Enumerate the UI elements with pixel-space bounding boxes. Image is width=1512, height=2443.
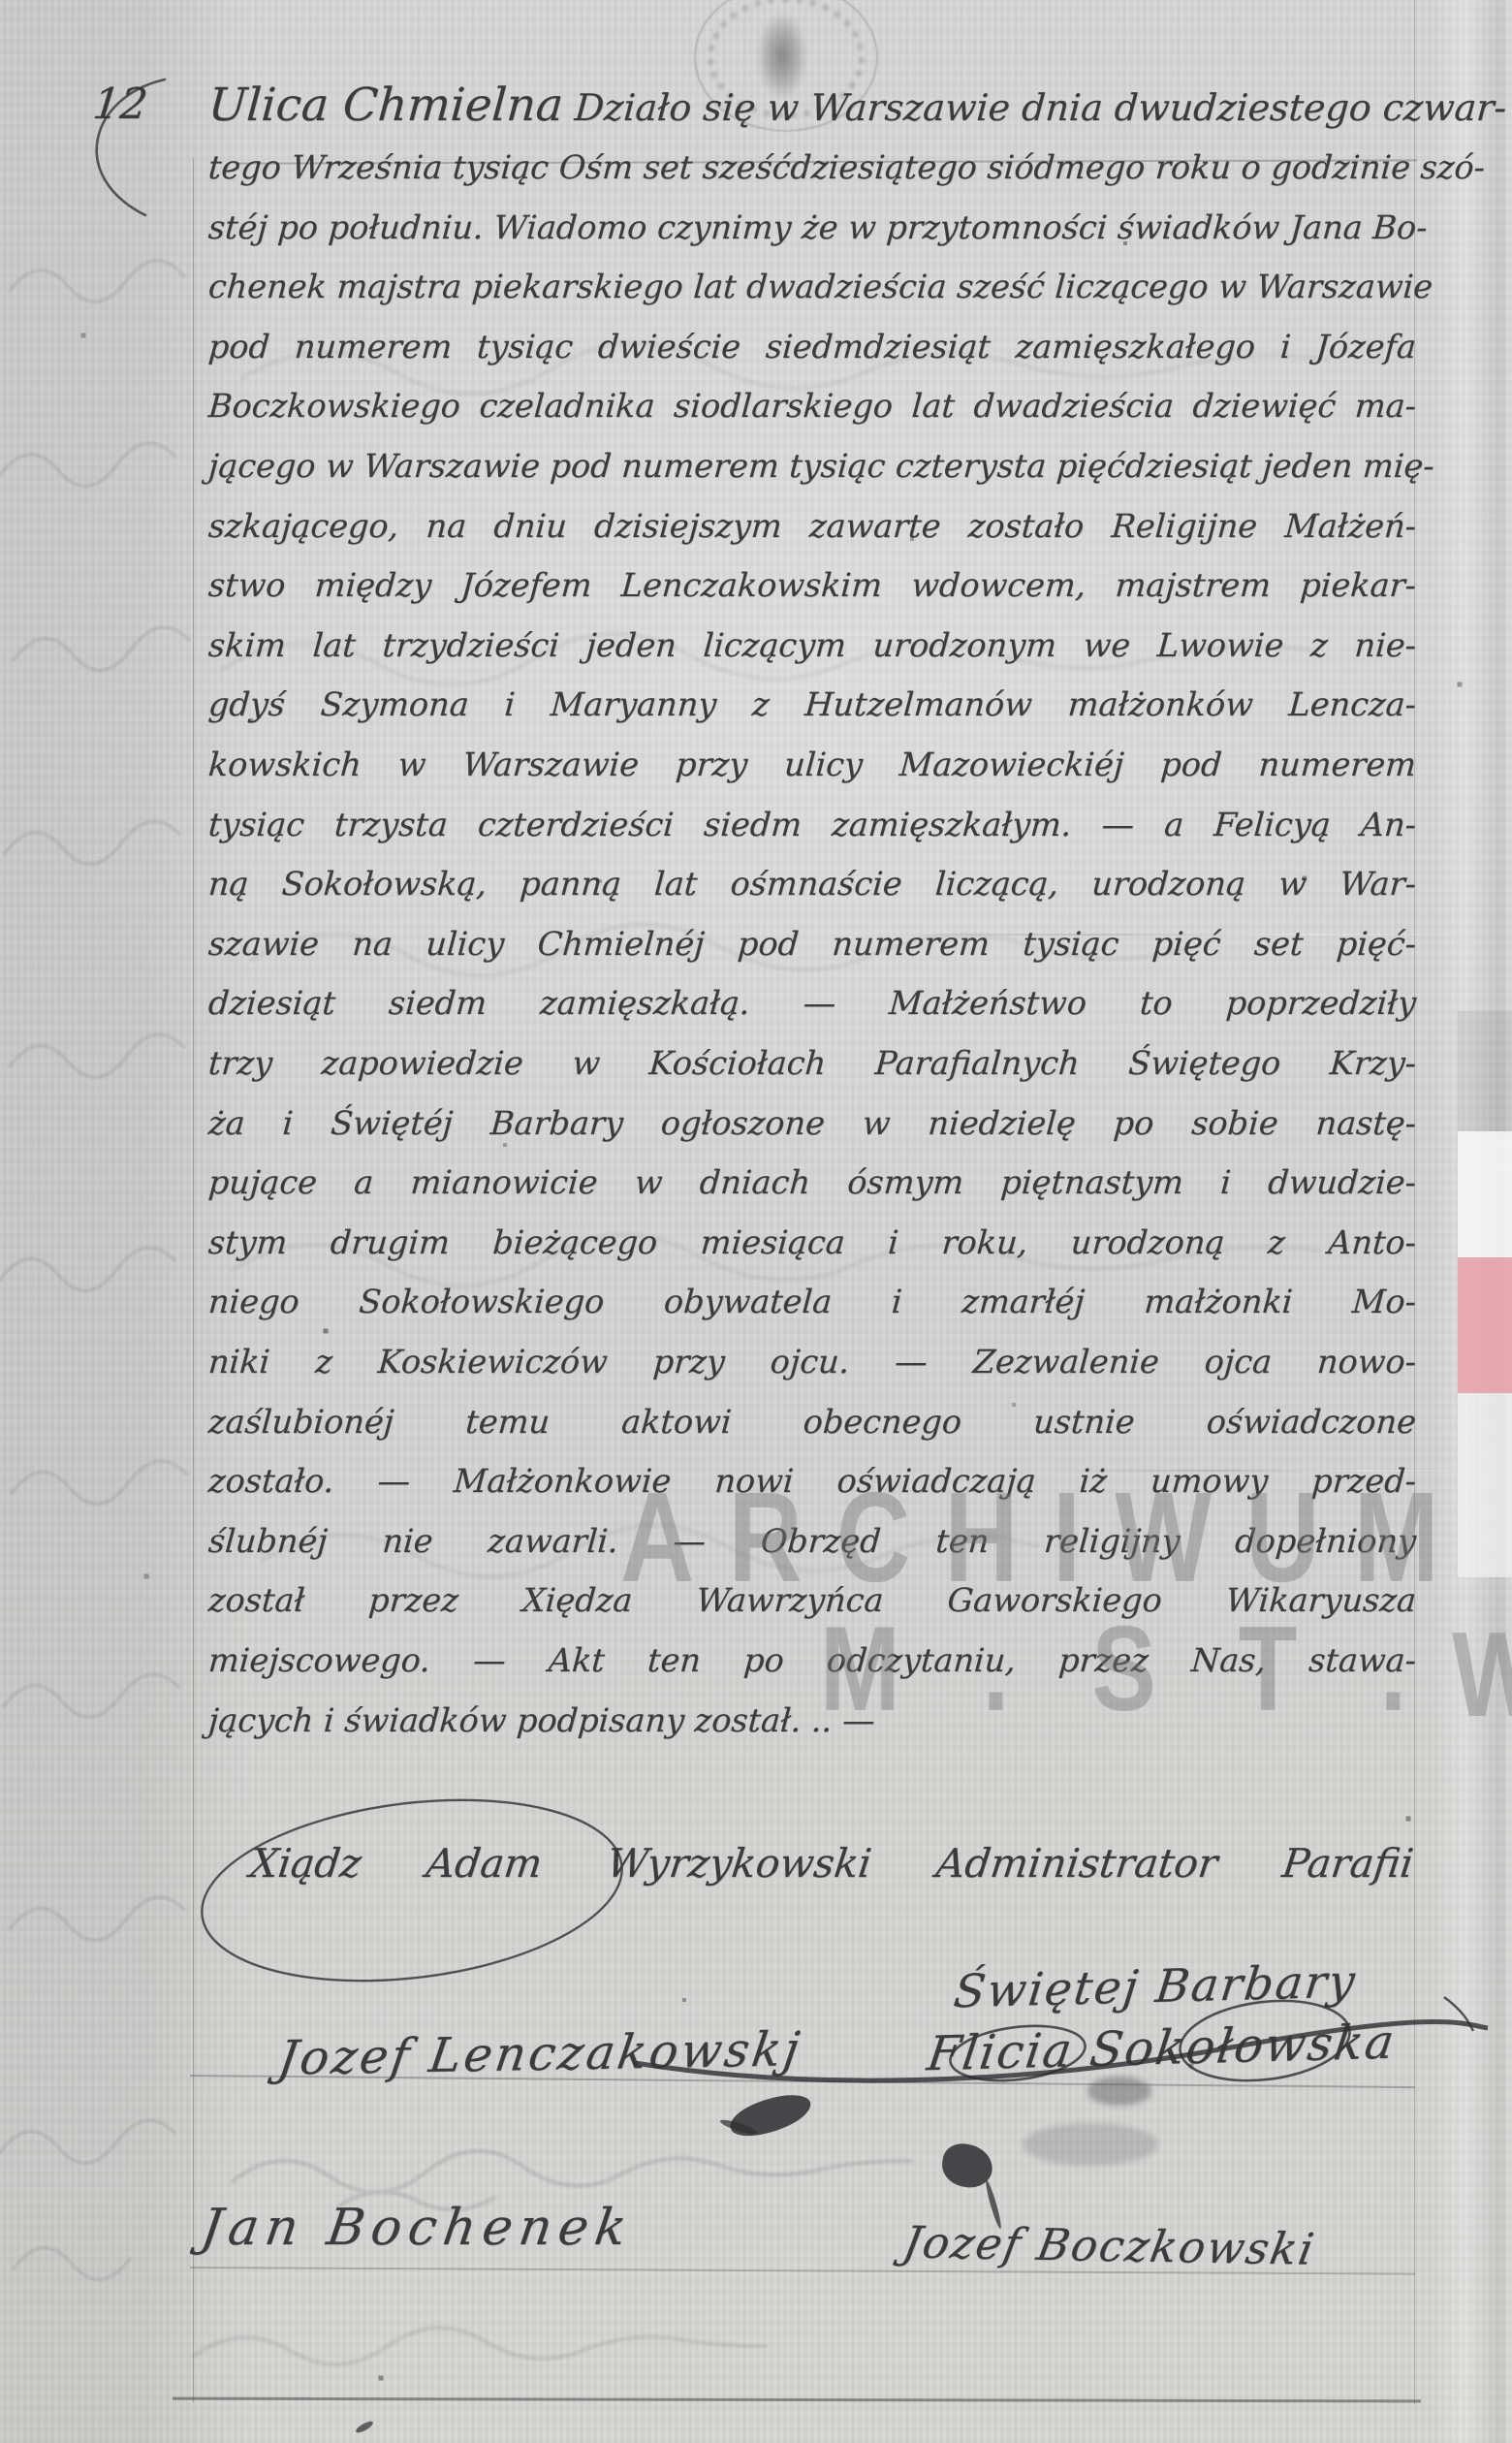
body-line: szawie na ulicy Chmielnéj pod numerem ty… xyxy=(206,914,1418,974)
body-line: chenek majstra piekarskiego lat dwadzieś… xyxy=(206,257,1418,317)
body-line: kowskich w Warszawie przy ulicy Mazowiec… xyxy=(206,735,1418,795)
body-line: ną Sokołowską, panną lat ośmnaście liczą… xyxy=(206,854,1418,914)
officiant-signature: Xiądz Adam Wyrzykowski Administrator Par… xyxy=(247,1840,1416,1887)
body-line: niki z Koskiewiczów przy ojcu. — Zezwale… xyxy=(206,1332,1418,1392)
bottom-frame-line xyxy=(173,2397,1421,2402)
body-line: szkającego, na dniu dzisiejszym zawarte … xyxy=(206,496,1418,556)
body-line: trzy zapowiedzie w Kościołach Parafialny… xyxy=(206,1033,1418,1094)
body-line: stwo między Józefem Lenczakowskim wdowce… xyxy=(206,555,1418,616)
body-line: niego Sokołowskiego obywatela i zmarłéj … xyxy=(206,1272,1418,1332)
street-heading: Ulica Chmielna xyxy=(206,79,565,132)
ink-smudge-2 xyxy=(1023,2123,1158,2166)
bleed-through-ghost-signatures xyxy=(223,2128,979,2215)
archive-logo-white-block xyxy=(1458,1131,1512,1257)
body-line: jącego w Warszawie pod numerem tysiąc cz… xyxy=(206,436,1418,496)
body-line: tysiąc trzysta czterdzieści siedm zamięs… xyxy=(206,795,1418,855)
archive-logo-red-block xyxy=(1458,1257,1512,1393)
archive-watermark-line2: M . S T . xyxy=(820,1609,1434,1729)
archive-logo-gray-block xyxy=(1458,1011,1512,1131)
body-line: zaślubionéj temu aktowi obecnego ustnie … xyxy=(206,1392,1418,1452)
bleed-through-ghost-bottom xyxy=(174,2312,795,2390)
body-line: pujące a mianowicie w dniach ósmym piętn… xyxy=(206,1153,1418,1213)
witness2-signature: Jozef Boczkowski xyxy=(899,2216,1319,2274)
archive-watermark-line2-cut: W xyxy=(1452,1615,1512,1735)
paper-specks xyxy=(0,0,2,2)
groom-signature: Jozef Lenczakowskj xyxy=(274,2021,805,2085)
left-margin-line xyxy=(193,158,194,2402)
body-line: skim lat trzydzieści jeden liczącym urod… xyxy=(206,616,1418,676)
bleed-through-ghost-left-margin xyxy=(0,233,204,2317)
ink-smudge xyxy=(1087,2077,1151,2106)
archive-watermark-line1: ARCHIWUM xyxy=(620,1474,1473,1602)
bottom-edge-mark xyxy=(355,2419,375,2434)
body-line: tego Września tysiąc Ośm set sześćdziesi… xyxy=(206,138,1418,198)
body-line: pod numerem tysiąc dwieście siedmdziesią… xyxy=(206,317,1418,377)
record-heading-line: Ulica Chmielna Działo się w Warszawie dn… xyxy=(206,72,1419,140)
body-line: ża i Świętéj Barbary ogłoszone w niedzie… xyxy=(206,1094,1418,1154)
body-line: stym drugim bieżącego miesiąca i roku, u… xyxy=(206,1213,1418,1273)
heading-rest: Działo się w Warszawie dnia dwudziestego… xyxy=(561,86,1508,129)
record-number: 12 xyxy=(90,79,149,129)
officiant-oval-flourish xyxy=(189,1789,654,1992)
scanned-marriage-record-page: 12 Ulica Chmielna Działo się w Warszawie… xyxy=(0,0,1512,2443)
body-line: Boczkowskiego czeladnika siodlarskiego l… xyxy=(206,376,1418,436)
body-line: dziesiąt siedm zamięszkałą. — Małżeństwo… xyxy=(206,973,1418,1033)
body-line: stéj po południu. Wiadomo czynimy że w p… xyxy=(206,198,1418,258)
body-line: gdyś Szymona i Maryanny z Hutzelmanów ma… xyxy=(206,675,1418,735)
